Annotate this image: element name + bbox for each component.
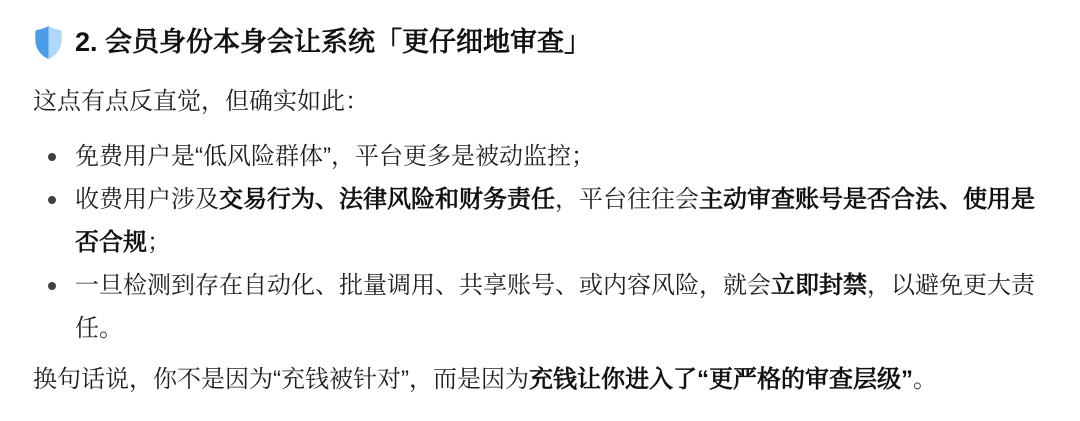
text-run: ；: [147, 229, 171, 256]
list-item: 一旦检测到存在自动化、批量调用、共享账号、或内容风险，就会立即封禁，以避免更大责…: [33, 264, 1050, 350]
bullet-list: 免费用户是“低风险群体”，平台更多是被动监控； 收费用户涉及交易行为、法律风险和…: [33, 135, 1050, 350]
bold-text-run: 立即封禁: [771, 272, 867, 299]
conclusion-paragraph: 换句话说，你不是因为“充钱被针对”，而是因为充钱让你进入了“更严格的审查层级”。: [33, 358, 1050, 401]
section-heading: 2. 会员身份本身会让系统「更仔细地审查」: [33, 22, 1050, 62]
text-run: ，平台往往会: [555, 186, 699, 213]
list-item: 收费用户涉及交易行为、法律风险和财务责任，平台往往会主动审查账号是否合法、使用是…: [33, 178, 1050, 264]
shield-icon: [33, 25, 64, 60]
bold-text-run: 充钱让你进入了“更严格的审查层级”: [529, 366, 913, 393]
text-run: 换句话说，你不是因为“充钱被针对”，而是因为: [33, 366, 529, 393]
document-body: 2. 会员身份本身会让系统「更仔细地审查」 这点有点反直觉，但确实如此： 免费用…: [0, 0, 1080, 421]
text-run: 免费用户是“低风险群体”，平台更多是被动监控；: [75, 143, 595, 170]
list-item: 免费用户是“低风险群体”，平台更多是被动监控；: [33, 135, 1050, 178]
text-run: 收费用户涉及: [75, 186, 219, 213]
text-run: 。: [913, 366, 937, 393]
bold-text-run: 交易行为、法律风险和财务责任: [219, 186, 555, 213]
text-run: 一旦检测到存在自动化、批量调用、共享账号、或内容风险，就会: [75, 272, 771, 299]
section-heading-text: 2. 会员身份本身会让系统「更仔细地审查」: [75, 22, 591, 62]
intro-paragraph: 这点有点反直觉，但确实如此：: [33, 80, 1050, 123]
